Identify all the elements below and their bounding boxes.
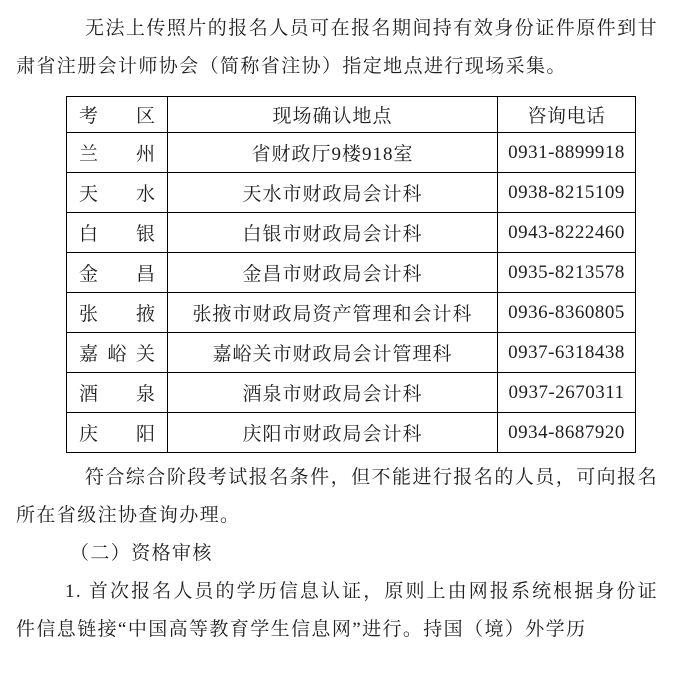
cell-location: 天水市财政局会计科 [168, 173, 498, 213]
district-label: 酒泉 [79, 379, 155, 406]
cell-phone: 0931-8899918 [498, 133, 636, 173]
cell-district: 张掖 [67, 293, 168, 333]
column-header-location: 现场确认地点 [168, 97, 498, 133]
column-header-district: 考区 [67, 97, 168, 133]
cell-location: 嘉峪关市财政局会计管理科 [168, 333, 498, 373]
confirmation-table-body: 兰州 省财政厅9楼918室 0931-8899918 天水 天水市财政局会计科 … [67, 133, 636, 453]
cell-location: 酒泉市财政局会计科 [168, 373, 498, 413]
cell-phone: 0934-8687920 [498, 413, 636, 453]
cell-phone: 0935-8213578 [498, 253, 636, 293]
table-row: 天水 天水市财政局会计科 0938-8215109 [67, 173, 636, 213]
cell-location: 白银市财政局会计科 [168, 213, 498, 253]
cell-district: 兰州 [67, 133, 168, 173]
district-label: 嘉峪关 [79, 339, 155, 366]
cell-location: 金昌市财政局会计科 [168, 253, 498, 293]
table-row: 酒泉 酒泉市财政局会计科 0937-2670311 [67, 373, 636, 413]
table-header-row: 考区 现场确认地点 咨询电话 [67, 97, 636, 133]
cell-location: 庆阳市财政局会计科 [168, 413, 498, 453]
table-row: 金昌 金昌市财政局会计科 0935-8213578 [67, 253, 636, 293]
paragraph-comprehensive-stage: 符合综合阶段考试报名条件，但不能进行报名的人员，可向报名所在省级注协查询办理。 [16, 459, 658, 535]
column-header-district-label: 考区 [79, 101, 155, 128]
cell-district: 金昌 [67, 253, 168, 293]
table-row: 庆阳 庆阳市财政局会计科 0934-8687920 [67, 413, 636, 453]
cell-phone: 0937-6318438 [498, 333, 636, 373]
cell-district: 白银 [67, 213, 168, 253]
district-label: 金昌 [79, 259, 155, 286]
cell-district: 嘉峪关 [67, 333, 168, 373]
paragraph-first-time-registration: 1. 首次报名人员的学历信息认证，原则上由网报系统根据身份证件信息链接“中国高等… [16, 573, 658, 649]
cell-phone: 0936-8360805 [498, 293, 636, 333]
cell-phone: 0943-8222460 [498, 213, 636, 253]
cell-location: 省财政厅9楼918室 [168, 133, 498, 173]
heading-qualification-review: （二）资格审核 [16, 535, 658, 573]
table-row: 张掖 张掖市财政局资产管理和会计科 0936-8360805 [67, 293, 636, 333]
table-row: 兰州 省财政厅9楼918室 0931-8899918 [67, 133, 636, 173]
document-page: 无法上传照片的报名人员可在报名期间持有效身份证件原件到甘肃省注册会计师协会（简称… [0, 0, 700, 683]
table-row: 嘉峪关 嘉峪关市财政局会计管理科 0937-6318438 [67, 333, 636, 373]
confirmation-table: 考区 现场确认地点 咨询电话 兰州 省财政厅9楼918室 0931-889991… [66, 96, 636, 453]
table-row: 白银 白银市财政局会计科 0943-8222460 [67, 213, 636, 253]
cell-phone: 0937-2670311 [498, 373, 636, 413]
column-header-phone: 咨询电话 [498, 97, 636, 133]
paragraph-photo-collection: 无法上传照片的报名人员可在报名期间持有效身份证件原件到甘肃省注册会计师协会（简称… [16, 10, 658, 86]
district-label: 白银 [79, 219, 155, 246]
cell-district: 酒泉 [67, 373, 168, 413]
district-label: 兰州 [79, 139, 155, 166]
district-label: 张掖 [79, 299, 155, 326]
district-label: 天水 [79, 179, 155, 206]
cell-district: 天水 [67, 173, 168, 213]
district-label: 庆阳 [79, 419, 155, 446]
cell-district: 庆阳 [67, 413, 168, 453]
cell-location: 张掖市财政局资产管理和会计科 [168, 293, 498, 333]
cell-phone: 0938-8215109 [498, 173, 636, 213]
